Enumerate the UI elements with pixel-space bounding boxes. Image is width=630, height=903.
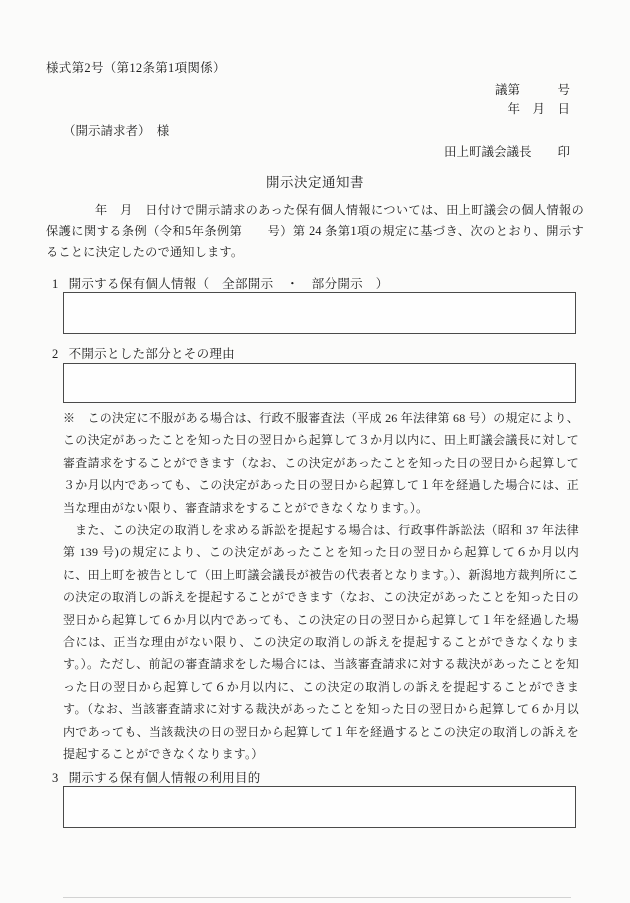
date-line: 年 月 日: [507, 99, 570, 117]
document-number-line: 議第 号: [495, 80, 570, 98]
page-bottom-rule: [63, 897, 571, 898]
section-2-number: 2: [52, 347, 59, 362]
section-1-heading: 1開示する保有個人情報（ 全部開示 ・ 部分開示 ）: [52, 274, 389, 292]
section-2-fill-box: [63, 363, 576, 403]
body-paragraph: 年 月 日付けで開示請求のあった保有個人情報については、田上町議会の個人情報の保…: [46, 200, 584, 263]
addressee-line: （開示請求者） 様: [63, 121, 169, 139]
section-3-number: 3: [52, 771, 59, 786]
document-title: 開示決定通知書: [0, 171, 630, 191]
section-3-fill-box: [63, 786, 576, 828]
seal-mark: 印: [557, 145, 570, 159]
section-1-title: 開示する保有個人情報（ 全部開示 ・ 部分開示 ）: [69, 277, 389, 291]
form-number: 様式第2号（第12条第1項関係）: [46, 58, 226, 76]
disclosure-decision-notice-document: 様式第2号（第12条第1項関係） 議第 号 年 月 日 （開示請求者） 様 田上…: [0, 0, 630, 903]
sender-name: 田上町議会議長: [444, 145, 532, 159]
section-1-fill-box: [63, 292, 576, 334]
appeal-note-paragraph-2: また、この決定の取消しを求める訴訟を提起する場合は、行政事件訴訟法（昭和 37 …: [63, 519, 579, 765]
section-3-title: 開示する保有個人情報の利用目的: [69, 771, 261, 785]
appeal-note-block: ※ この決定に不服がある場合は、行政不服審査法（平成 26 年法律第 68 号）…: [63, 407, 579, 766]
section-3-heading: 3開示する保有個人情報の利用目的: [52, 768, 261, 786]
sender-line: 田上町議会議長印: [444, 142, 570, 160]
section-2-title: 不開示とした部分とその理由: [69, 347, 235, 361]
section-1-number: 1: [52, 277, 59, 292]
section-2-heading: 2不開示とした部分とその理由: [52, 344, 235, 362]
appeal-note-paragraph-1: ※ この決定に不服がある場合は、行政不服審査法（平成 26 年法律第 68 号）…: [63, 407, 579, 519]
